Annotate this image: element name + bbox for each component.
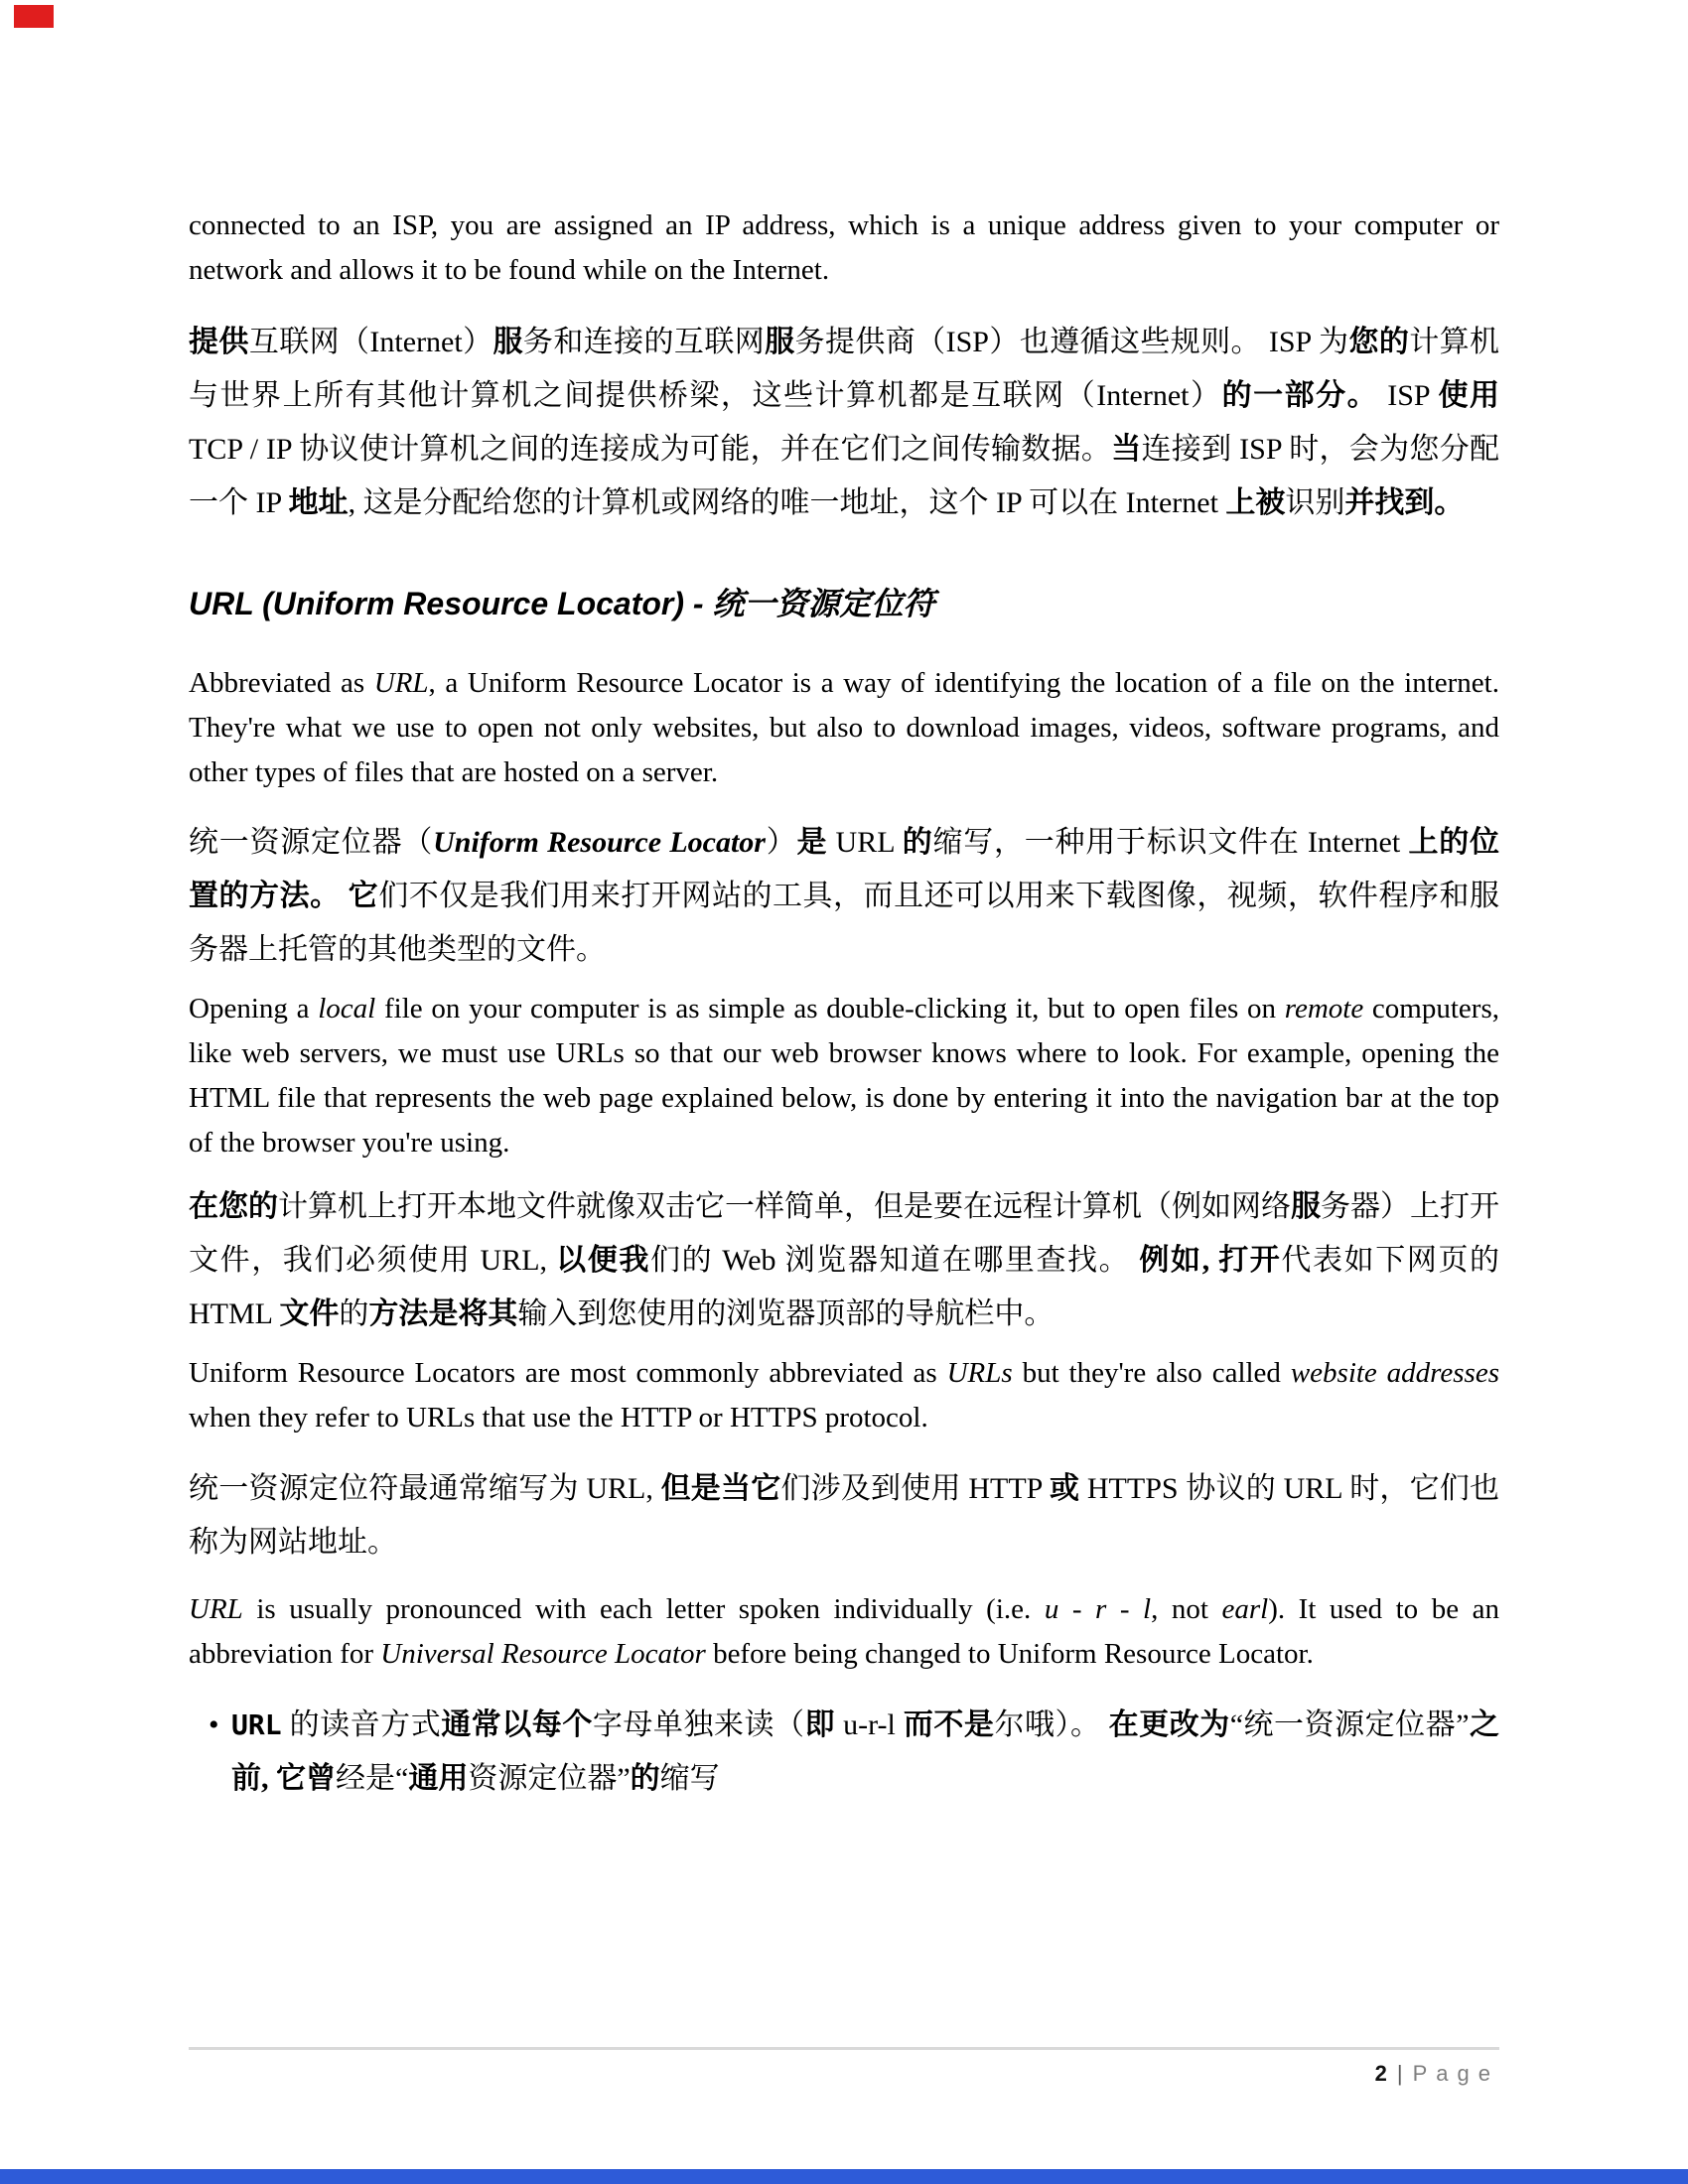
paragraph-chinese-opening-files: 在您的计算机上打开本地文件就像双击它一样简单，但是要在远程计算机（例如网络服务器… xyxy=(189,1180,1499,1341)
paragraph-english-continued: connected to an ISP, you are assigned an… xyxy=(189,204,1499,293)
bullet-marker-icon: • xyxy=(189,1699,231,1806)
paragraph-chinese-abbreviated: 统一资源定位器（Uniform Resource Locator）是 URL 的… xyxy=(189,816,1499,977)
paragraph-chinese-isp: 提供互联网（Internet）服务和连接的互联网服务提供商（ISP）也遵循这些规… xyxy=(189,316,1499,530)
footer-separator: | xyxy=(1397,2061,1403,2087)
paragraph-chinese-commonly-abbreviated: 统一资源定位符最通常缩写为 URL, 但是当它们涉及到使用 HTTP 或 HTT… xyxy=(189,1462,1499,1570)
footer-page-label: Page xyxy=(1413,2061,1499,2087)
paragraph-english-opening-files: Opening a local file on your computer is… xyxy=(189,987,1499,1165)
paragraph-english-pronounced: URL is usually pronounced with each lett… xyxy=(189,1587,1499,1677)
footer-divider-line xyxy=(189,2047,1499,2050)
page-content: connected to an ISP, you are assigned an… xyxy=(189,0,1499,1806)
top-left-red-mark xyxy=(14,5,54,28)
bullet-text-chinese-pronounced: URL 的读音方式通常以每个字母单独来读（即 u-r-l 而不是尔哦）。 在更改… xyxy=(231,1699,1499,1806)
section-heading-url: URL (Uniform Resource Locator) - 统一资源定位符 xyxy=(189,584,1499,623)
paragraph-english-abbreviated: Abbreviated as URL, a Uniform Resource L… xyxy=(189,661,1499,795)
page-footer: 2 | Page xyxy=(1375,2061,1499,2087)
paragraph-english-commonly-abbreviated: Uniform Resource Locators are most commo… xyxy=(189,1351,1499,1440)
bullet-item: • URL 的读音方式通常以每个字母单独来读（即 u-r-l 而不是尔哦）。 在… xyxy=(189,1699,1499,1806)
bottom-blue-bar xyxy=(0,2169,1688,2184)
page-number: 2 xyxy=(1375,2061,1387,2087)
